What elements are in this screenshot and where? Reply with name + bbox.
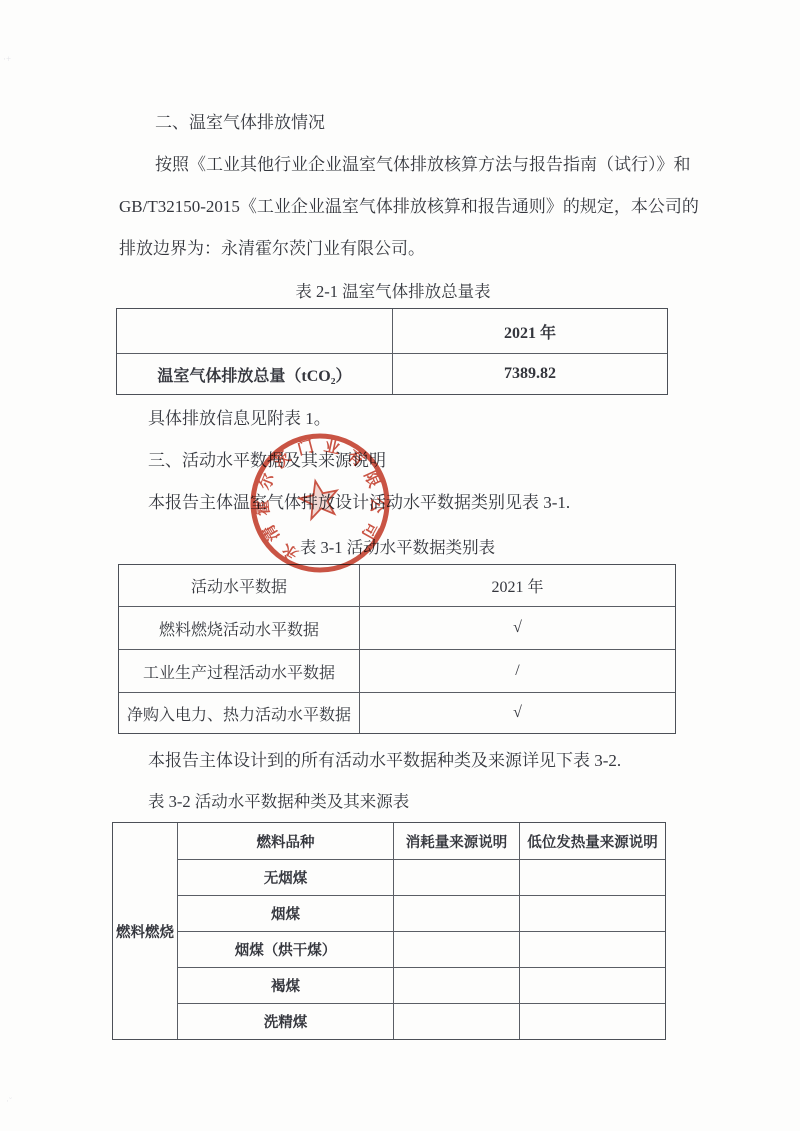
table-3-1-caption: 表 3-1 活动水平数据类别表 bbox=[118, 534, 677, 558]
slash-cell: / bbox=[359, 649, 675, 692]
empty-cell bbox=[519, 931, 665, 967]
paragraph-line: 本报告主体温室气体排放设计活动水平数据类别见表 3-1. bbox=[148, 492, 570, 515]
row-label-cell: 净购入电力、热力活动水平数据 bbox=[119, 692, 359, 733]
paragraph-line: 排放边界为：永清霍尔茨门业有限公司。 bbox=[119, 238, 425, 261]
activity-data-source-table: 燃料燃烧 燃料品种 消耗量来源说明 低位发热量来源说明 无烟煤 烟煤 烟煤（烘干… bbox=[112, 822, 666, 1040]
fuel-row-label-cell: 烟煤（烘干煤） bbox=[177, 931, 393, 967]
empty-cell bbox=[117, 309, 392, 353]
empty-cell bbox=[393, 895, 519, 931]
fuel-combustion-group-cell: 燃料燃烧 bbox=[113, 823, 177, 1039]
fuel-row-label-cell: 烟煤 bbox=[177, 895, 393, 931]
note-see-appendix: 具体排放信息见附表 1。 bbox=[148, 408, 331, 431]
empty-cell bbox=[393, 1003, 519, 1039]
section-2-heading: 二、温室气体排放情况 bbox=[155, 112, 325, 135]
row-label-cell: 工业生产过程活动水平数据 bbox=[119, 649, 359, 692]
empty-cell bbox=[519, 1003, 665, 1039]
fuel-row-label-cell: 无烟煤 bbox=[177, 859, 393, 895]
fuel-row-label-cell: 洗精煤 bbox=[177, 1003, 393, 1039]
heating-value-source-header-cell: 低位发热量来源说明 bbox=[519, 823, 665, 859]
fuel-type-header-cell: 燃料品种 bbox=[177, 823, 393, 859]
document-page: ·+ ·˘ 二、温室气体排放情况 按照《工业其他行业企业温室气体排放核算方法与报… bbox=[0, 0, 800, 1131]
checkmark-cell: √ bbox=[359, 606, 675, 649]
table-3-2-caption: 表 3-2 活动水平数据种类及其来源表 bbox=[148, 788, 409, 812]
empty-cell bbox=[393, 931, 519, 967]
col-header-cell: 活动水平数据 bbox=[119, 565, 359, 606]
scan-artifact: ·˘ bbox=[6, 1096, 12, 1106]
ghg-total-table: 2021 年 温室气体排放总量（tCO₂） 7389.82 bbox=[116, 308, 668, 395]
section-3-heading: 三、活动水平数据及其来源说明 bbox=[148, 450, 386, 473]
checkmark-cell: √ bbox=[359, 692, 675, 733]
year-header-cell: 2021 年 bbox=[359, 565, 675, 606]
empty-cell bbox=[393, 967, 519, 1003]
empty-cell bbox=[519, 967, 665, 1003]
fuel-row-label-cell: 褐煤 bbox=[177, 967, 393, 1003]
ghg-total-label-cell: 温室气体排放总量（tCO₂） bbox=[117, 353, 392, 394]
paragraph-line: 本报告主体设计到的所有活动水平数据种类及来源详见下表 3-2. bbox=[148, 750, 621, 773]
empty-cell bbox=[519, 895, 665, 931]
year-header-cell: 2021 年 bbox=[392, 309, 667, 353]
activity-data-category-table: 活动水平数据 2021 年 燃料燃烧活动水平数据 √ 工业生产过程活动水平数据 … bbox=[118, 564, 676, 734]
table-2-1-caption: 表 2-1 温室气体排放总量表 bbox=[116, 278, 670, 302]
paragraph-line: GB/T32150-2015《工业企业温室气体排放核算和报告通则》的规定，本公司… bbox=[119, 196, 699, 219]
consumption-source-header-cell: 消耗量来源说明 bbox=[393, 823, 519, 859]
empty-cell bbox=[393, 859, 519, 895]
row-label-cell: 燃料燃烧活动水平数据 bbox=[119, 606, 359, 649]
paragraph-line: 按照《工业其他行业企业温室气体排放核算方法与报告指南（试行）》和 bbox=[155, 154, 691, 177]
ghg-total-value-cell: 7389.82 bbox=[392, 353, 667, 394]
scan-artifact: ·+ bbox=[3, 54, 11, 64]
empty-cell bbox=[519, 859, 665, 895]
